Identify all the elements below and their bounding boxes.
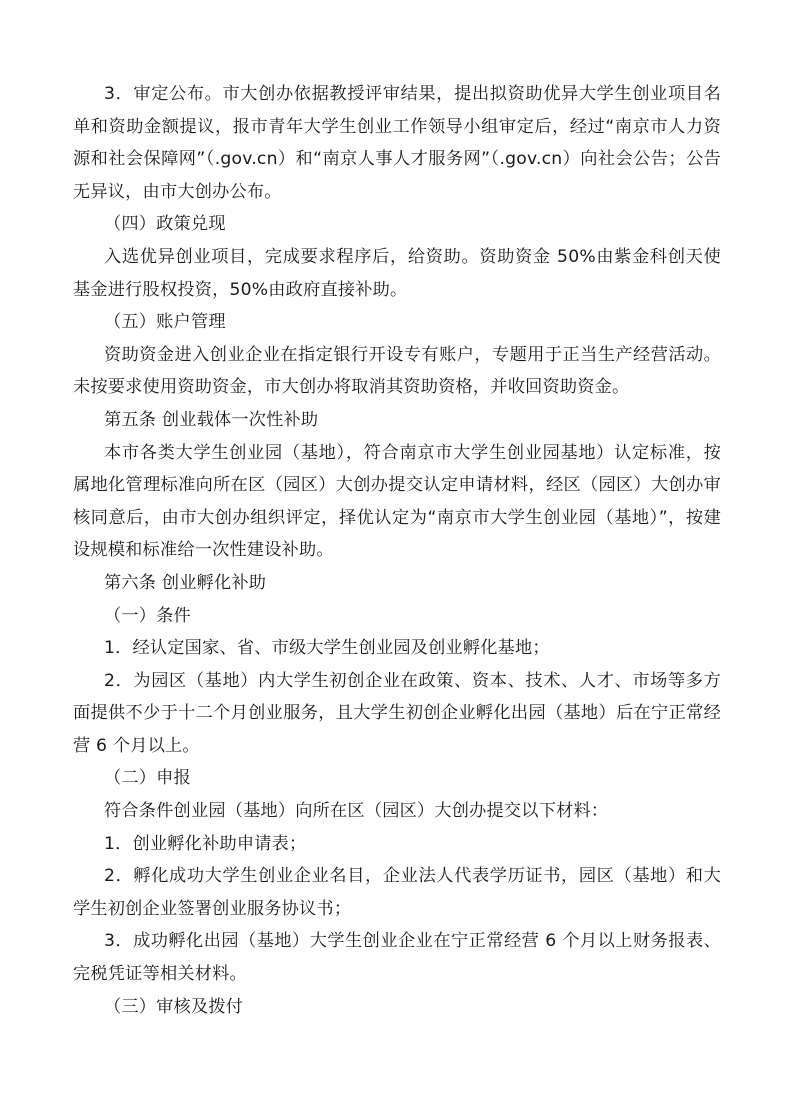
heading-review-disbursement: （三）审核及拨付: [73, 991, 721, 1024]
paragraph-application-1: 1．创业孵化补助申请表；: [73, 828, 721, 861]
paragraph-account-management: 资助资金进入创业企业在指定银行开设专有账户，专题用于正当生产经营活动。未按要求使…: [73, 339, 721, 404]
heading-article-6: 第六条 创业孵化补助: [73, 567, 721, 600]
paragraph-condition-2: 2．为园区（基地）内大学生初创企业在政策、资本、技术、人才、市场等多方面提供不少…: [73, 665, 721, 763]
heading-account-management: （五）账户管理: [73, 306, 721, 339]
paragraph-article-5: 本市各类大学生创业园（基地），符合南京市大学生创业园基地）认定标准，按属地化管理…: [73, 437, 721, 567]
paragraph-policy-fulfillment: 入选优异创业项目，完成要求程序后，给资助。资助资金 50%由紫金科创天使基金进行…: [73, 241, 721, 306]
paragraph-review-announcement: 3．审定公布。市大创办依据教授评审结果，提出拟资助优异大学生创业项目名单和资助金…: [73, 78, 721, 208]
document-page: 3．审定公布。市大创办依据教授评审结果，提出拟资助优异大学生创业项目名单和资助金…: [73, 78, 721, 1023]
heading-application: （二）申报: [73, 762, 721, 795]
paragraph-application-3: 3．成功孵化出园（基地）大学生创业企业在宁正常经营 6 个月以上财务报表、完税凭…: [73, 925, 721, 990]
heading-policy-fulfillment: （四）政策兑现: [73, 208, 721, 241]
heading-article-5: 第五条 创业载体一次性补助: [73, 404, 721, 437]
heading-conditions: （一）条件: [73, 600, 721, 633]
paragraph-condition-1: 1．经认定国家、省、市级大学生创业园及创业孵化基地；: [73, 632, 721, 665]
paragraph-application-intro: 符合条件创业园（基地）向所在区（园区）大创办提交以下材料：: [73, 795, 721, 828]
paragraph-application-2: 2．孵化成功大学生创业企业名目，企业法人代表学历证书，园区（基地）和大学生初创企…: [73, 860, 721, 925]
